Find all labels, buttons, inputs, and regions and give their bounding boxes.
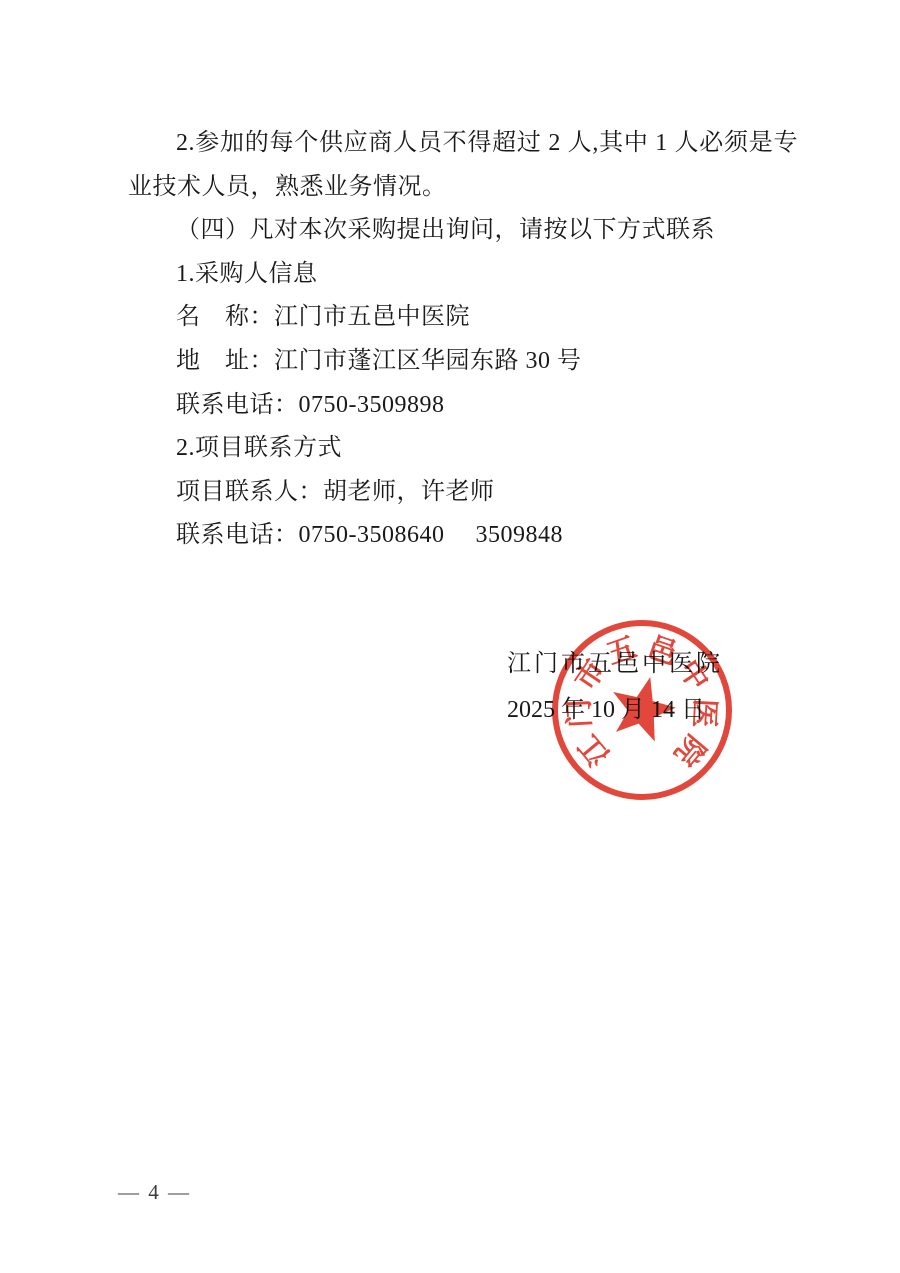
paragraph-purchaser-address: 地 址：江门市蓬江区华园东路 30 号 <box>128 340 798 384</box>
seal-char: 门 <box>563 696 597 730</box>
paragraph-supplier-limit: 2.参加的每个供应商人员不得超过 2 人,其中 1 人必须是专业技术人员，熟悉业… <box>128 122 798 209</box>
paragraph-purchaser-info-heading: 1.采购人信息 <box>128 253 798 297</box>
paragraph-project-contact-phone: 联系电话：0750-3508640 3509848 <box>128 514 798 558</box>
paragraph-project-contact-person: 项目联系人：胡老师，许老师 <box>128 471 798 515</box>
seal-char: 邑 <box>642 631 683 672</box>
paragraph-inquiry-contact-heading: （四）凡对本次采购提出询问，请按以下方式联系 <box>128 209 798 253</box>
paragraph-purchaser-name: 名 称：江门市五邑中医院 <box>128 296 798 340</box>
seal-char: 医 <box>687 696 721 730</box>
document-body: 2.参加的每个供应商人员不得超过 2 人,其中 1 人必须是专业技术人员，熟悉业… <box>128 122 798 558</box>
official-seal-stamp: 江 门 市 五 邑 中 医 院 <box>552 620 732 800</box>
page-number: — 4 — <box>118 1180 191 1205</box>
paragraph-project-contact-heading: 2.项目联系方式 <box>128 427 798 471</box>
document-page: 2.参加的每个供应商人员不得超过 2 人,其中 1 人必须是专业技术人员，熟悉业… <box>0 0 900 1273</box>
paragraph-purchaser-phone: 联系电话：0750-3509898 <box>128 384 798 428</box>
